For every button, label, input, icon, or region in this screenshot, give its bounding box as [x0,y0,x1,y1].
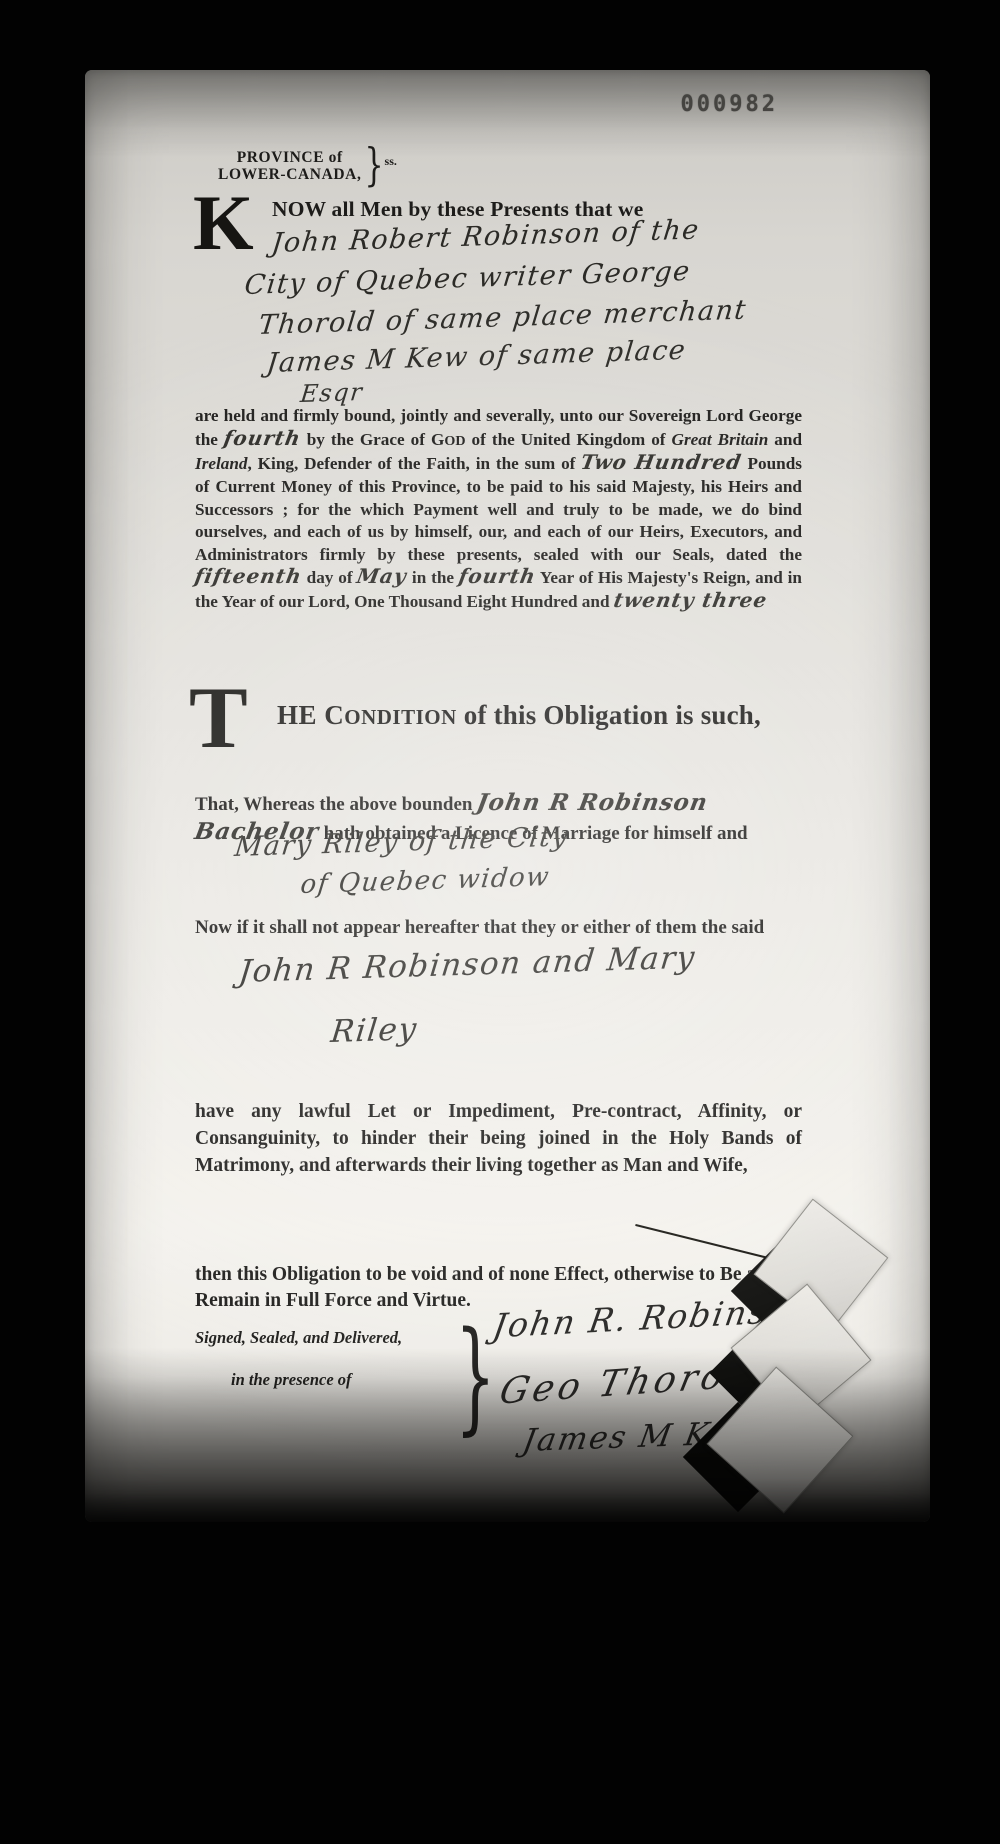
handwritten-party-line: James M Kew of same place [265,335,688,379]
god-smallcaps: OD [444,433,465,449]
handwritten-sum: Two Hundred [579,452,743,472]
bond-text: by the Grace of G [301,430,445,449]
attestation-line1: Signed, Sealed, and Delivered, [195,1328,402,1348]
bond-text: , King, Defender of the Faith, in the su… [248,454,582,473]
handwritten-king-number: fourth [222,428,302,448]
condition-heading: HE CONDITION of this Obligation is such, [277,700,761,731]
province-header: PROVINCE of LOWER-CANADA, } ss. [218,148,397,183]
handwritten-couple-line: Riley [329,1011,419,1050]
attestation-line2: in the presence of [231,1370,352,1390]
archive-stamp-number: 000982 [681,92,778,117]
bond-text: of the United Kingdom of [466,430,672,449]
condition-heading-smallcaps: ONDITION [344,705,457,729]
great-britain-italic: Great Britain [672,430,769,449]
handwritten-year: twenty three [612,590,769,610]
header-brace-glyph: } [364,139,383,192]
province-line1: PROVINCE of [218,149,361,166]
bond-text: and [768,430,802,449]
handwritten-month: May [356,566,409,586]
condition-heading-part: of this Obligation is such, [457,700,761,730]
scanned-document-page: 000982 PROVINCE of LOWER-CANADA, } ss. K… [0,0,1000,1844]
ireland-italic: Ireland [195,454,248,473]
impediment-clause: have any lawful Let or Impediment, Pre-c… [195,1098,802,1179]
attestation-brace-glyph: } [455,1308,496,1449]
paper-sheet: 000982 PROVINCE of LOWER-CANADA, } ss. K… [85,70,930,1522]
condition-heading-part: HE C [277,700,344,730]
whereas-text: That, Whereas the above bounden [195,794,477,815]
handwritten-day: fifteenth [193,566,303,586]
handwritten-party-line: Thorold of same place merchant [257,295,748,341]
province-name: PROVINCE of LOWER-CANADA, [218,149,361,183]
handwritten-couple-line: John R Robinson and Mary [237,940,698,990]
ss-abbreviation: ss. [385,154,397,169]
dropcap-t: T [189,682,248,757]
now-clause: Now if it shall not appear hereafter tha… [195,915,802,941]
bond-paragraph: are held and firmly bound, jointly and s… [195,405,802,613]
bond-text: in the [407,568,459,587]
handwritten-party-line: City of Quebec writer George [243,256,692,301]
handwritten-reign-year: fourth [457,566,537,586]
dropcap-k: K [193,190,254,256]
handwritten-groom-name: John R Robinson [475,789,711,816]
pen-flourish-line [635,1224,781,1262]
handwritten-bride-line: of Quebec widow [299,862,552,900]
handwritten-esquire-flourish: Esqr [299,378,365,408]
bond-text: day of [302,568,358,587]
